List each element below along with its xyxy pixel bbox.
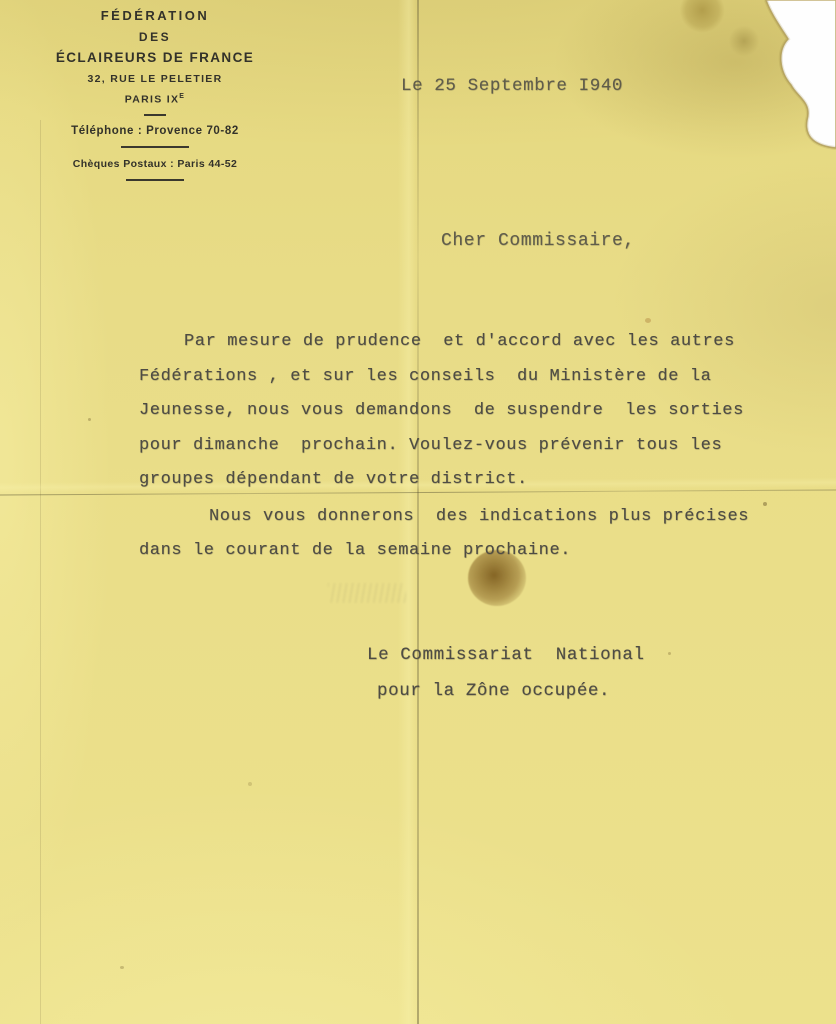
letterhead-rule-medium — [121, 146, 189, 148]
body-line: Par mesure de prudence et d'accord avec … — [184, 332, 735, 351]
paper-speck — [248, 782, 252, 786]
street-text: 32, RUE LE PELETIER — [88, 73, 223, 85]
paper-speck — [645, 318, 651, 323]
letterhead-org-name-line3: ÉCLAIREURS DE FRANCE — [50, 50, 260, 65]
paper-speck — [88, 418, 91, 421]
letterhead-street-address: 32, RUE LE PELETIER — [50, 73, 260, 85]
letterhead-rule-small — [144, 114, 166, 116]
paper-speck — [120, 966, 124, 969]
body-line: dans le courant de la semaine prochaine. — [139, 541, 571, 560]
signature-line-1: Le Commissariat National — [367, 645, 645, 665]
letterhead-city: PARIS IXE — [50, 93, 260, 106]
body-line: Jeunesse, nous vous demandons de suspend… — [139, 401, 744, 420]
letter-document-page: FÉDÉRATION DES ÉCLAIREURS DE FRANCE 32, … — [0, 0, 836, 1024]
city-text: PARIS IX — [125, 94, 180, 106]
signature-line-2: pour la Zône occupée. — [377, 681, 610, 701]
body-line: pour dimanche prochain. Voulez-vous prév… — [139, 436, 722, 455]
letterhead-org-name-line2: DES — [50, 30, 260, 44]
letterhead-postal-account: Chèques Postaux : Paris 44-52 — [50, 158, 260, 170]
date-line: Le 25 Septembre I940 — [401, 76, 623, 96]
paper-speck — [763, 502, 767, 506]
letterhead-rule-large — [126, 179, 184, 181]
left-fold-crease — [40, 120, 41, 1024]
body-line: Nous vous donnerons des indications plus… — [209, 507, 749, 526]
body-line: groupes dépendant de votre district. — [139, 470, 528, 489]
letterhead-org-name-line1: FÉDÉRATION — [50, 8, 260, 23]
paper-speck — [668, 652, 671, 655]
letterhead-block: FÉDÉRATION DES ÉCLAIREURS DE FRANCE 32, … — [50, 8, 260, 181]
salutation: Cher Commissaire, — [441, 231, 635, 251]
body-line: Fédérations , et sur les conseils du Min… — [139, 367, 712, 386]
letterhead-phone: Téléphone : Provence 70-82 — [50, 125, 260, 137]
pencil-smudge — [328, 583, 406, 603]
arrondissement-superscript: E — [179, 93, 185, 100]
